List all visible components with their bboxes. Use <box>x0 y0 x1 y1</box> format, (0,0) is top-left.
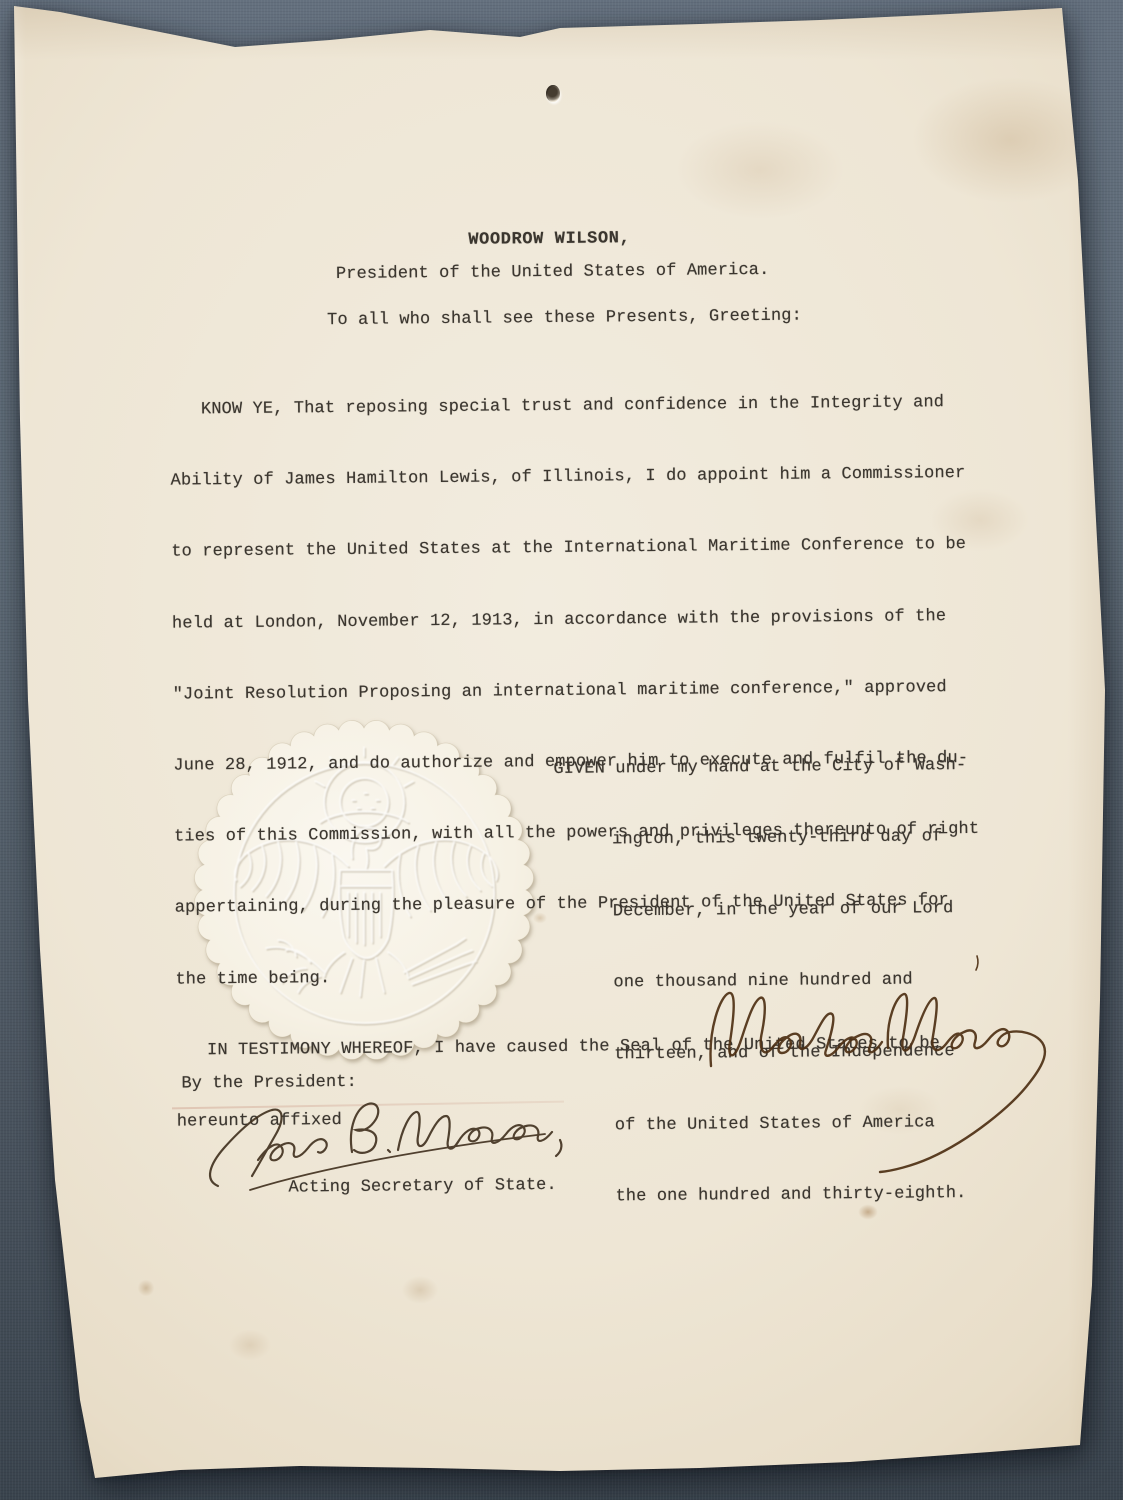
secretary-signature <box>0 0 1123 1500</box>
paper-shadow: WOODROW WILSON, President of the United … <box>0 0 1123 1500</box>
photo-backdrop: WOODROW WILSON, President of the United … <box>0 0 1123 1500</box>
document-paper: WOODROW WILSON, President of the United … <box>0 0 1123 1500</box>
